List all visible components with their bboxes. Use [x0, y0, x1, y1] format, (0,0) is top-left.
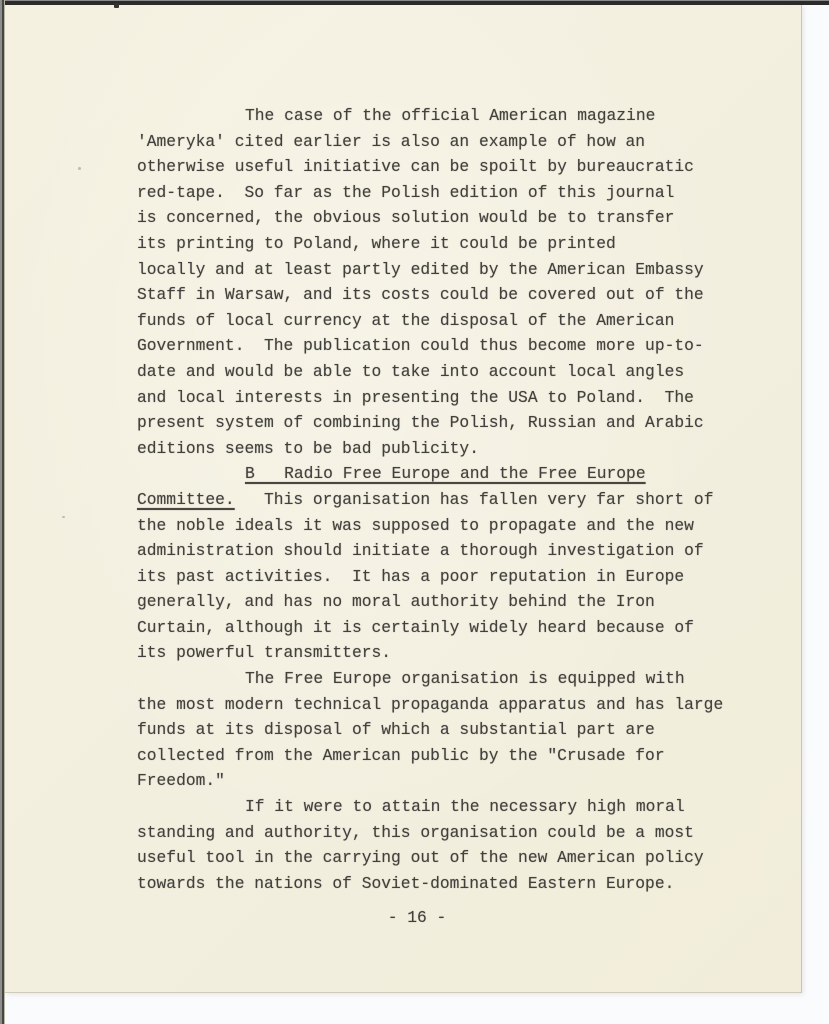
text-line: administration should initiate a thoroug…: [137, 538, 717, 564]
text-line: its past activities. It has a poor reput…: [137, 564, 717, 590]
scan-speck: [62, 516, 65, 518]
text-segment: the most modern technical propaganda app…: [137, 695, 723, 714]
text-segment: 'Ameryka' cited earlier is also an examp…: [137, 132, 645, 151]
text-line: is concerned, the obvious solution would…: [137, 205, 717, 231]
text-segment: funds of local currency at the disposal …: [137, 311, 674, 330]
scan-artifact: [114, 3, 119, 8]
text-segment: its past activities. It has a poor reput…: [137, 567, 684, 586]
document-page: The case of the official American magazi…: [5, 4, 802, 993]
text-line: useful tool in the carrying out of the n…: [137, 845, 717, 871]
text-line: present system of combining the Polish, …: [137, 410, 717, 436]
text-line: generally, and has no moral authority be…: [137, 589, 717, 615]
text-line: funds at its disposal of which a substan…: [137, 717, 717, 743]
text-segment: date and would be able to take into acco…: [137, 362, 684, 381]
text-line: the noble ideals it was supposed to prop…: [137, 513, 717, 539]
text-line: 'Ameryka' cited earlier is also an examp…: [137, 129, 717, 155]
scan-speck: [78, 167, 81, 170]
text-line: funds of local currency at the disposal …: [137, 308, 717, 334]
text-line: Freedom.": [137, 768, 717, 794]
text-segment: locally and at least partly edited by th…: [137, 260, 704, 279]
text-line: and local interests in presenting the US…: [137, 385, 717, 411]
text-line: red-tape. So far as the Polish edition o…: [137, 180, 717, 206]
text-line: The case of the official American magazi…: [137, 103, 717, 129]
text-segment: and local interests in presenting the US…: [137, 388, 694, 407]
scan-top-edge: [0, 0, 829, 5]
text-segment: present system of combining the Polish, …: [137, 413, 704, 432]
text-line: Government. The publication could thus b…: [137, 333, 717, 359]
text-line: The Free Europe organisation is equipped…: [137, 666, 717, 692]
text-segment: collected from the American public by th…: [137, 746, 665, 765]
text-segment: its printing to Poland, where it could b…: [137, 234, 616, 253]
text-segment: funds at its disposal of which a substan…: [137, 720, 655, 739]
text-line: its printing to Poland, where it could b…: [137, 231, 717, 257]
text-segment: Freedom.": [137, 771, 225, 790]
text-segment: the noble ideals it was supposed to prop…: [137, 516, 694, 535]
text-segment: Staff in Warsaw, and its costs could be …: [137, 285, 704, 304]
text-segment: standing and authority, this organisatio…: [137, 823, 694, 842]
text-segment: towards the nations of Soviet-dominated …: [137, 874, 674, 893]
text-line: Staff in Warsaw, and its costs could be …: [137, 282, 717, 308]
text-line: date and would be able to take into acco…: [137, 359, 717, 385]
page-number: - 16 -: [137, 908, 697, 927]
text-line: collected from the American public by th…: [137, 743, 717, 769]
text-line: otherwise useful initiative can be spoil…: [137, 154, 717, 180]
underlined-text-segment: Committee.: [137, 490, 235, 509]
text-line: towards the nations of Soviet-dominated …: [137, 871, 717, 897]
scanned-document-viewport: The case of the official American magazi…: [0, 0, 829, 1024]
text-line: its powerful transmitters.: [137, 640, 717, 666]
text-segment: Government. The publication could thus b…: [137, 336, 704, 355]
underlined-text-segment: B Radio Free Europe and the Free Europe: [245, 464, 646, 483]
text-line: editions seems to be bad publicity.: [137, 436, 717, 462]
scan-left-edge: [0, 0, 5, 1024]
text-line: locally and at least partly edited by th…: [137, 257, 717, 283]
text-segment: its powerful transmitters.: [137, 643, 391, 662]
text-segment: If it were to attain the necessary high …: [245, 797, 685, 816]
text-segment: useful tool in the carrying out of the n…: [137, 848, 704, 867]
text-line: Curtain, although it is certainly widely…: [137, 615, 717, 641]
text-segment: generally, and has no moral authority be…: [137, 592, 655, 611]
text-segment: editions seems to be bad publicity.: [137, 439, 479, 458]
text-segment: administration should initiate a thoroug…: [137, 541, 704, 560]
section-heading-line: Committee. This organisation has fallen …: [137, 487, 717, 513]
text-segment: otherwise useful initiative can be spoil…: [137, 157, 694, 176]
text-line: standing and authority, this organisatio…: [137, 820, 717, 846]
text-segment: is concerned, the obvious solution would…: [137, 208, 674, 227]
text-segment: Curtain, although it is certainly widely…: [137, 618, 694, 637]
document-body: The case of the official American magazi…: [137, 103, 717, 896]
text-segment: This organisation has fallen very far sh…: [235, 490, 714, 509]
text-line: the most modern technical propaganda app…: [137, 692, 717, 718]
text-segment: The Free Europe organisation is equipped…: [245, 669, 685, 688]
text-segment: red-tape. So far as the Polish edition o…: [137, 183, 674, 202]
text-line: If it were to attain the necessary high …: [137, 794, 717, 820]
text-segment: The case of the official American magazi…: [245, 106, 655, 125]
section-heading-line: B Radio Free Europe and the Free Europe: [137, 461, 717, 487]
